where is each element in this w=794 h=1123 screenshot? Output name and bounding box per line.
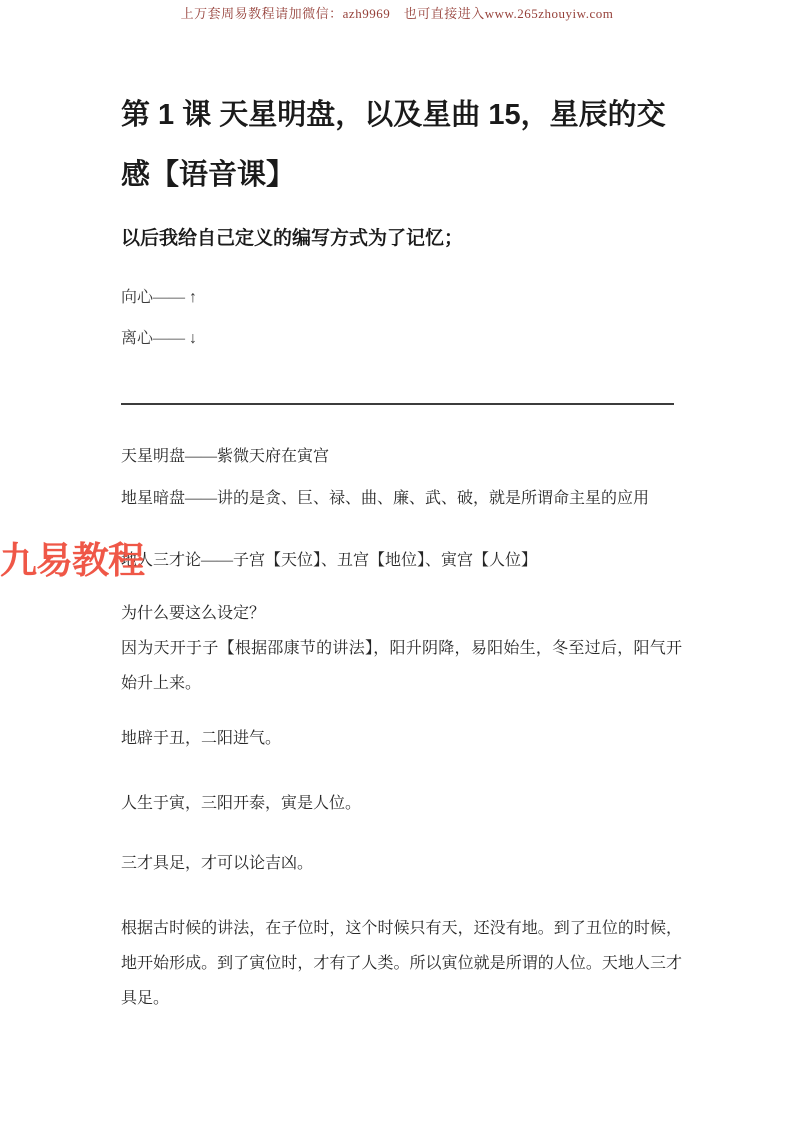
direction-line-centripetal: 向心——↑	[121, 286, 682, 310]
paragraph: 地星暗盘——讲的是贪、巨、禄、曲、廉、武、破，就是所谓命主星的应用	[121, 481, 682, 516]
paragraph: 三才具足，才可以论吉凶。	[121, 846, 682, 881]
direction-line-centrifugal: 离心——↓	[121, 327, 682, 351]
paragraph-with-watermark: 地人三才论——子宫【天位】、丑宫【地位】、寅宫【人位】	[121, 543, 682, 578]
document-page: 上万套周易教程请加微信：azh9969 也可直接进入www.265zhouyiw…	[0, 0, 794, 1123]
direction-label: 离心——	[121, 330, 185, 347]
paragraph: 因为天开于子【根据邵康节的讲法】，阳升阴降，易阳始生，冬至过后，阳气开始升上来。	[121, 631, 682, 701]
page-title: 第 1 课 天星明盘，以及星曲 15，星辰的交感【语音课】	[121, 85, 682, 205]
subtitle: 以后我给自己定义的编写方式为了记忆；	[121, 225, 682, 253]
paragraph: 根据古时候的讲法，在子位时，这个时候只有天，还没有地。到了丑位的时候，地开始形成…	[121, 911, 682, 1016]
paragraph: 为什么要这么设定？	[121, 596, 682, 631]
arrow-down-icon: ↓	[189, 330, 197, 347]
direction-label: 向心——	[121, 289, 185, 306]
brand-watermark: 九易教程	[0, 541, 144, 582]
paragraph: 地辟于丑，二阳进气。	[121, 721, 682, 756]
paragraph: 人生于寅，三阳开泰，寅是人位。	[121, 786, 682, 821]
document-body: 第 1 课 天星明盘，以及星曲 15，星辰的交感【语音课】 以后我给自己定义的编…	[121, 0, 682, 1016]
horizontal-divider	[121, 403, 674, 405]
paragraph: 天星明盘——紫微天府在寅宫	[121, 439, 682, 474]
arrow-up-icon: ↑	[189, 289, 197, 306]
